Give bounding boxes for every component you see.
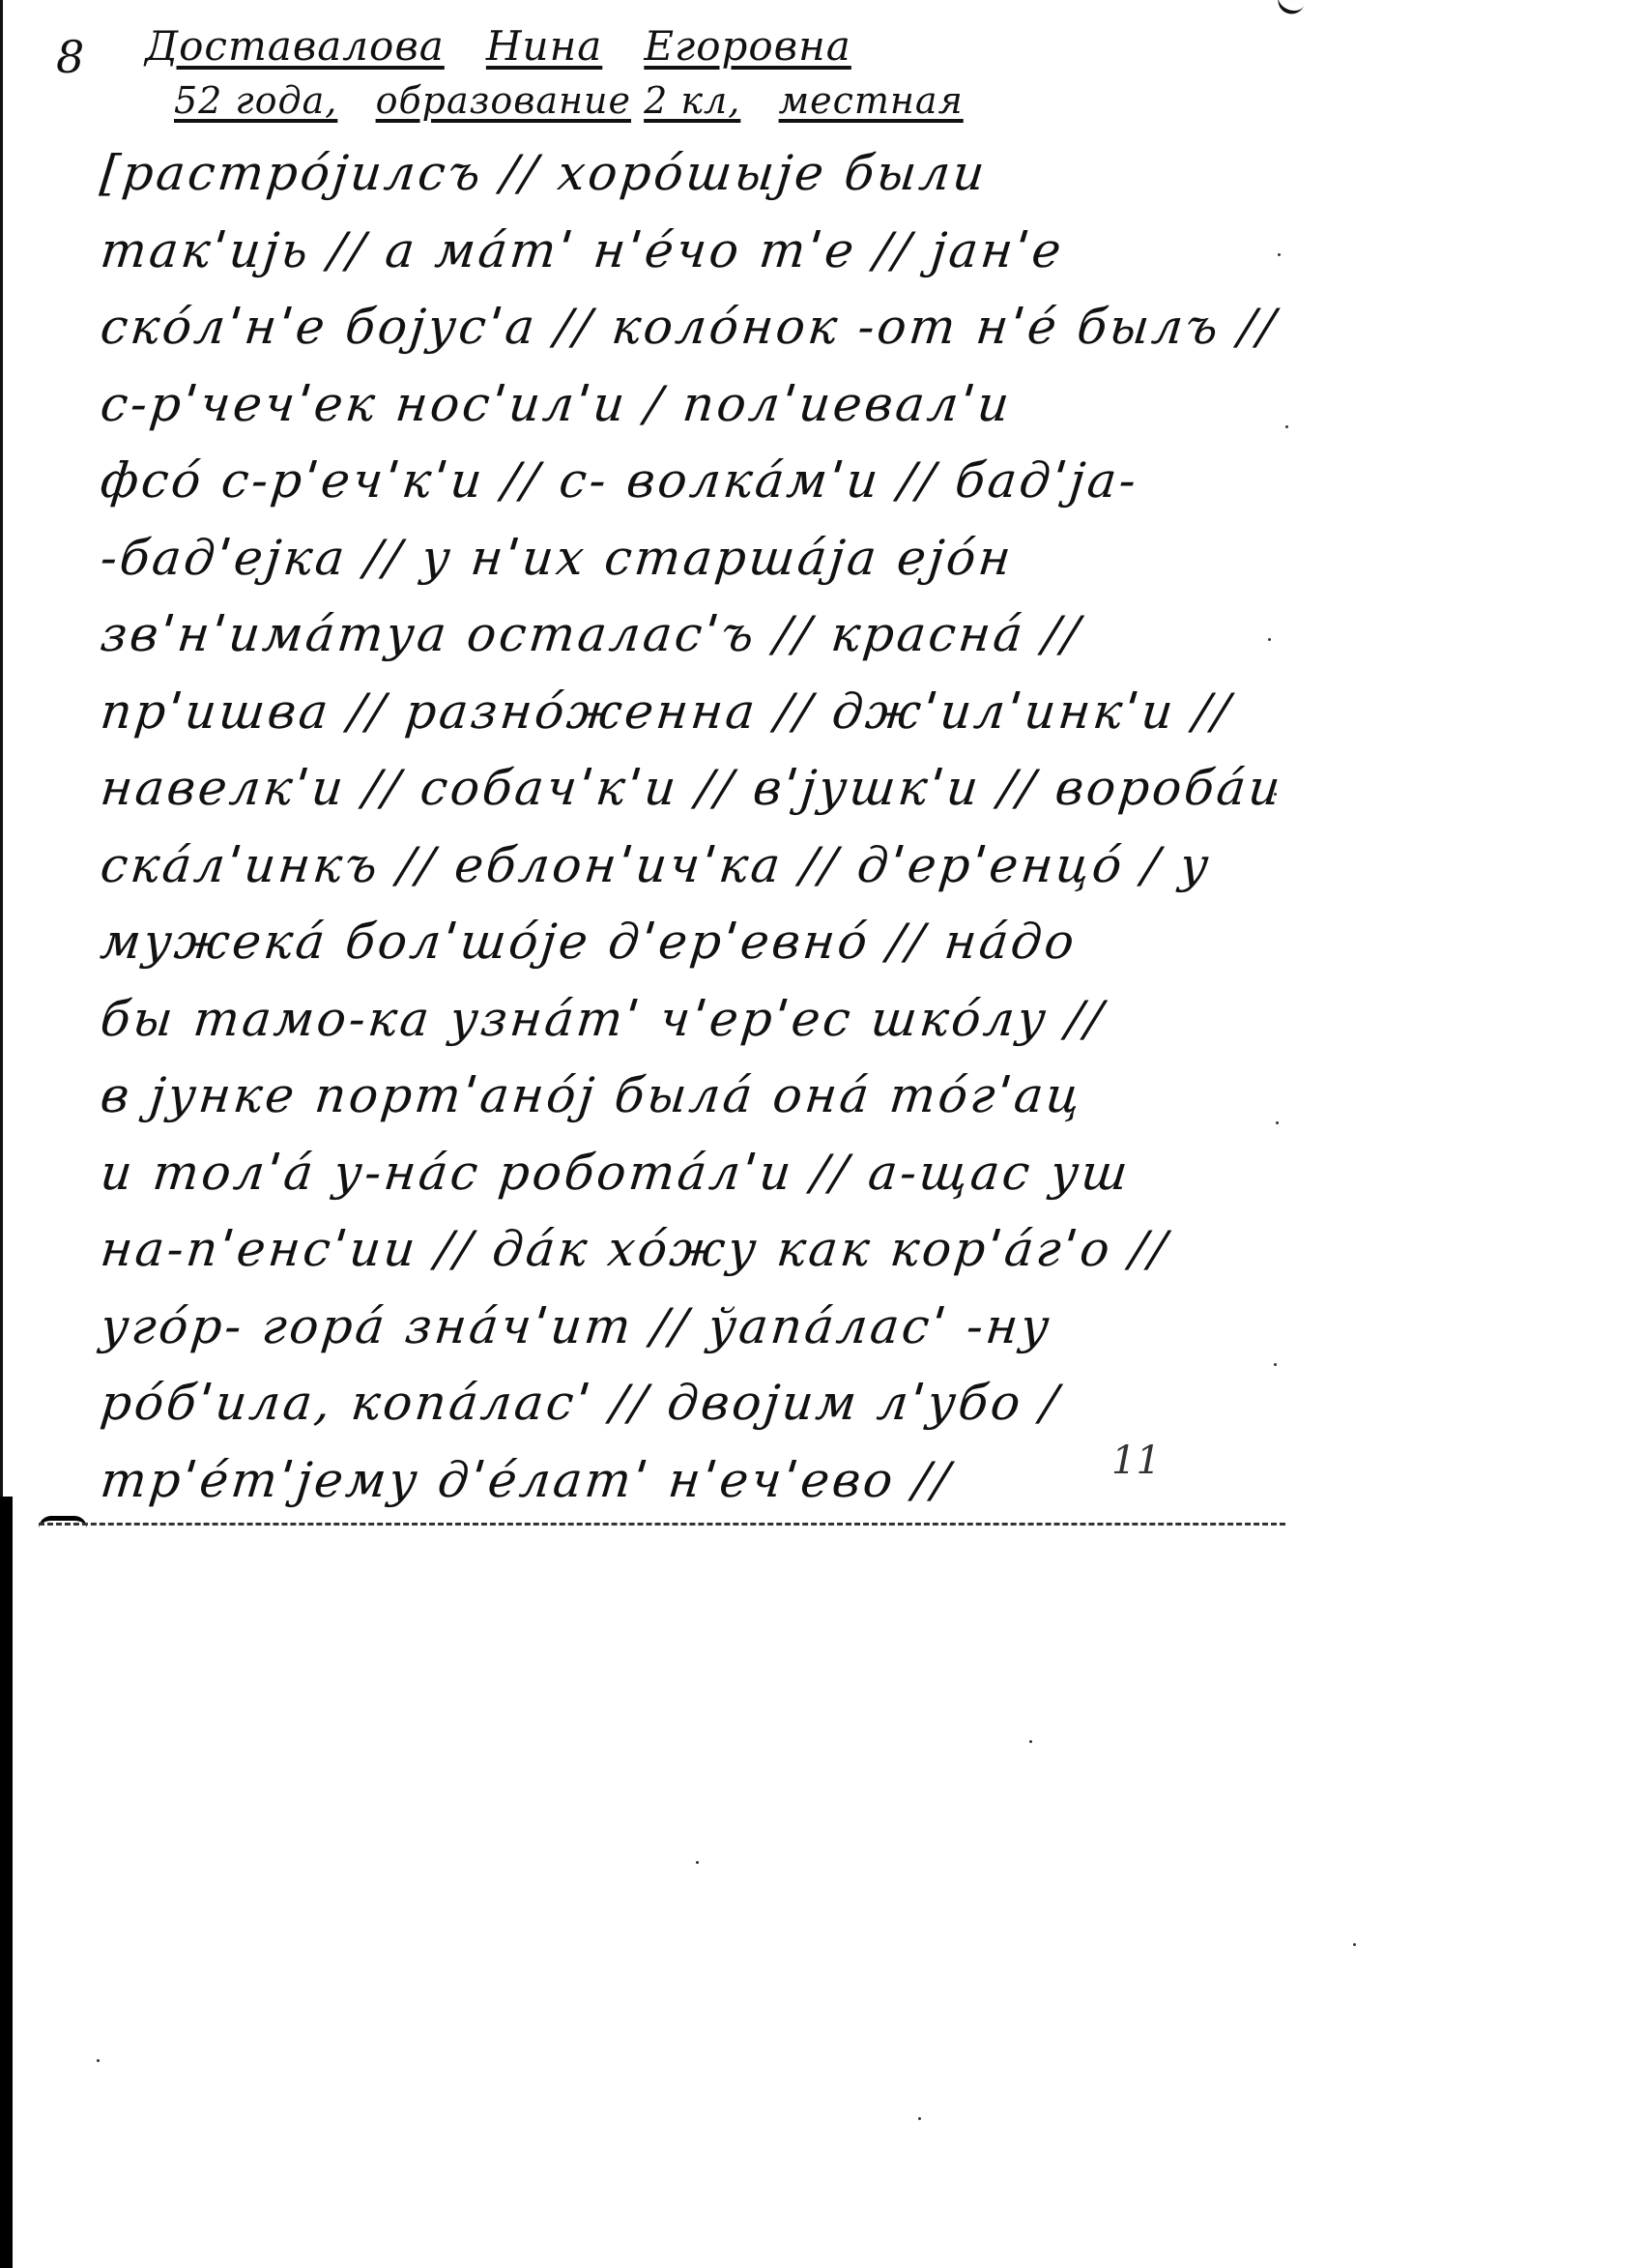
transcription-line: мужекá болˈшóје дˈерˈевнó // нáдо — [97, 904, 1312, 981]
informant-surname: Доставалова — [145, 22, 445, 70]
entry-number: 8 — [56, 31, 84, 83]
transcription-line: такˈијь // а мáтˈ нˈéчо тˈе // јанˈе — [97, 213, 1312, 290]
informant-origin: местная — [779, 79, 964, 122]
section-separator — [39, 1523, 1285, 1526]
corner-scan-mark — [1274, 0, 1304, 17]
transcription-line: с-рˈчечˈек носˈилˈи / полˈиевалˈи — [97, 366, 1312, 444]
transcription-line: [растрóјилсъ // хорóшыје были — [97, 135, 1312, 213]
transcription-line: скóлˈнˈе бојусˈа // колóнок -от нˈé былъ… — [97, 289, 1312, 366]
education-value: 2 кл, — [644, 79, 740, 122]
transcription-line: рóбˈила, копáласˈ // двојим лˈубо / — [97, 1365, 1312, 1442]
informant-header: Доставалова Нина Егоровна 52 года, образ… — [145, 19, 1208, 128]
informant-patronymic: Егоровна — [644, 22, 851, 70]
page-marker: 11 — [1111, 1439, 1161, 1483]
transcription-line: на-пˈенсˈии // дáк хóжу как корˈáгˈо // — [97, 1211, 1312, 1289]
transcription-line: в јунке портˈанóј былá онá тóгˈац — [97, 1058, 1312, 1135]
scan-edge-shadow — [0, 0, 3, 1498]
transcription-line: бы тамо-ка узнáтˈ чˈерˈес шкóлу // — [97, 981, 1312, 1059]
education-label: образование — [376, 79, 631, 122]
transcription-line: прˈишва // разнóженна // джˈилˈинкˈи // — [97, 674, 1312, 751]
transcription-line: и толˈá у-нáс роботáлˈи // а-щас уш — [97, 1135, 1312, 1212]
transcription-line: -бадˈејка // у нˈих старшáја ејóн — [97, 520, 1312, 597]
transcription-line: скáлˈинкъ // еблонˈичˈка // дˈерˈенцó / … — [97, 828, 1312, 905]
scan-edge-shadow-bottom — [0, 1497, 13, 2268]
transcription-line: звˈнˈимáтуа осталасˈъ // краснá // — [97, 596, 1312, 674]
transcription-line: навелкˈи // собачˈкˈи // вˈјушкˈи // вор… — [97, 750, 1312, 828]
informant-age: 52 года, — [174, 79, 337, 122]
transcription-body: [растрóјилсъ // хорóшыје были такˈијь //… — [97, 135, 1305, 1519]
informant-first-name: Нина — [486, 22, 602, 70]
transcription-line: угóр- горá знáчˈит // ўапáласˈ -ну — [97, 1289, 1312, 1366]
informant-name-line: Доставалова Нина Егоровна — [145, 19, 1208, 73]
informant-details-line: 52 года, образование 2 кл, местная — [145, 73, 1208, 128]
transcription-line: фсó с-рˈечˈкˈи // с- волкáмˈи // бадˈја- — [97, 443, 1312, 520]
